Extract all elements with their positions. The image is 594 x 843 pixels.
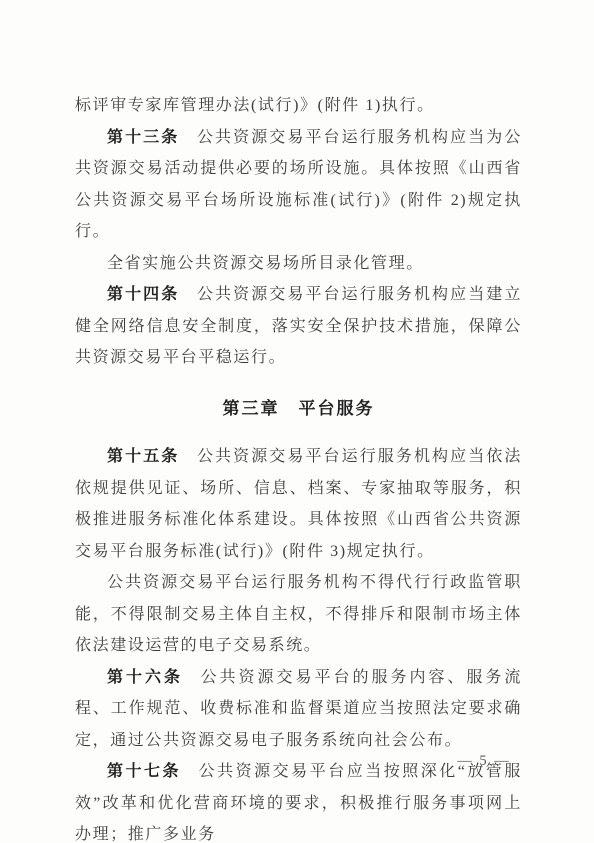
paragraph: 标评审专家库管理办法(试行)》(附件 1)执行。 [75,90,522,122]
article-number: 第十六条 [107,669,183,686]
paragraph-text: 标评审专家库管理办法(试行)》(附件 1)执行。 [75,97,435,114]
paragraph-text: 公共资源交易平台运行服务机构不得代行行政监管职能，不得限制交易主体自主权，不得排… [75,574,522,654]
paragraph: 第十六条公共资源交易平台的服务内容、服务流程、工作规范、收费标准和监督渠道应当按… [75,662,522,757]
paragraph: 公共资源交易平台运行服务机构不得代行行政监管职能，不得限制交易主体自主权，不得排… [75,567,522,662]
document-page: 标评审专家库管理办法(试行)》(附件 1)执行。第十三条公共资源交易平台运行服务… [0,0,594,843]
article-number: 第十五条 [107,448,179,465]
article-number: 第十四条 [107,286,179,303]
article-number: 第十三条 [107,129,179,146]
paragraph: 第十三条公共资源交易平台运行服务机构应当为公共资源交易活动提供必要的场所设施。具… [75,122,522,248]
paragraph: 第十四条公共资源交易平台运行服务机构应当建立健全网络信息安全制度，落实安全保护技… [75,279,522,374]
article-number: 第十七条 [107,763,181,780]
page-number: — 5 — [452,750,516,772]
document-body: 标评审专家库管理办法(试行)》(附件 1)执行。第十三条公共资源交易平台运行服务… [75,90,522,843]
paragraph: 全省实施公共资源交易场所目录化管理。 [75,248,522,280]
chapter-heading: 第三章 平台服务 [75,393,522,425]
paragraph: 第十五条公共资源交易平台运行服务机构应当依法依规提供见证、场所、信息、档案、专家… [75,441,522,567]
paragraph-text: 全省实施公共资源交易场所目录化管理。 [107,255,424,272]
